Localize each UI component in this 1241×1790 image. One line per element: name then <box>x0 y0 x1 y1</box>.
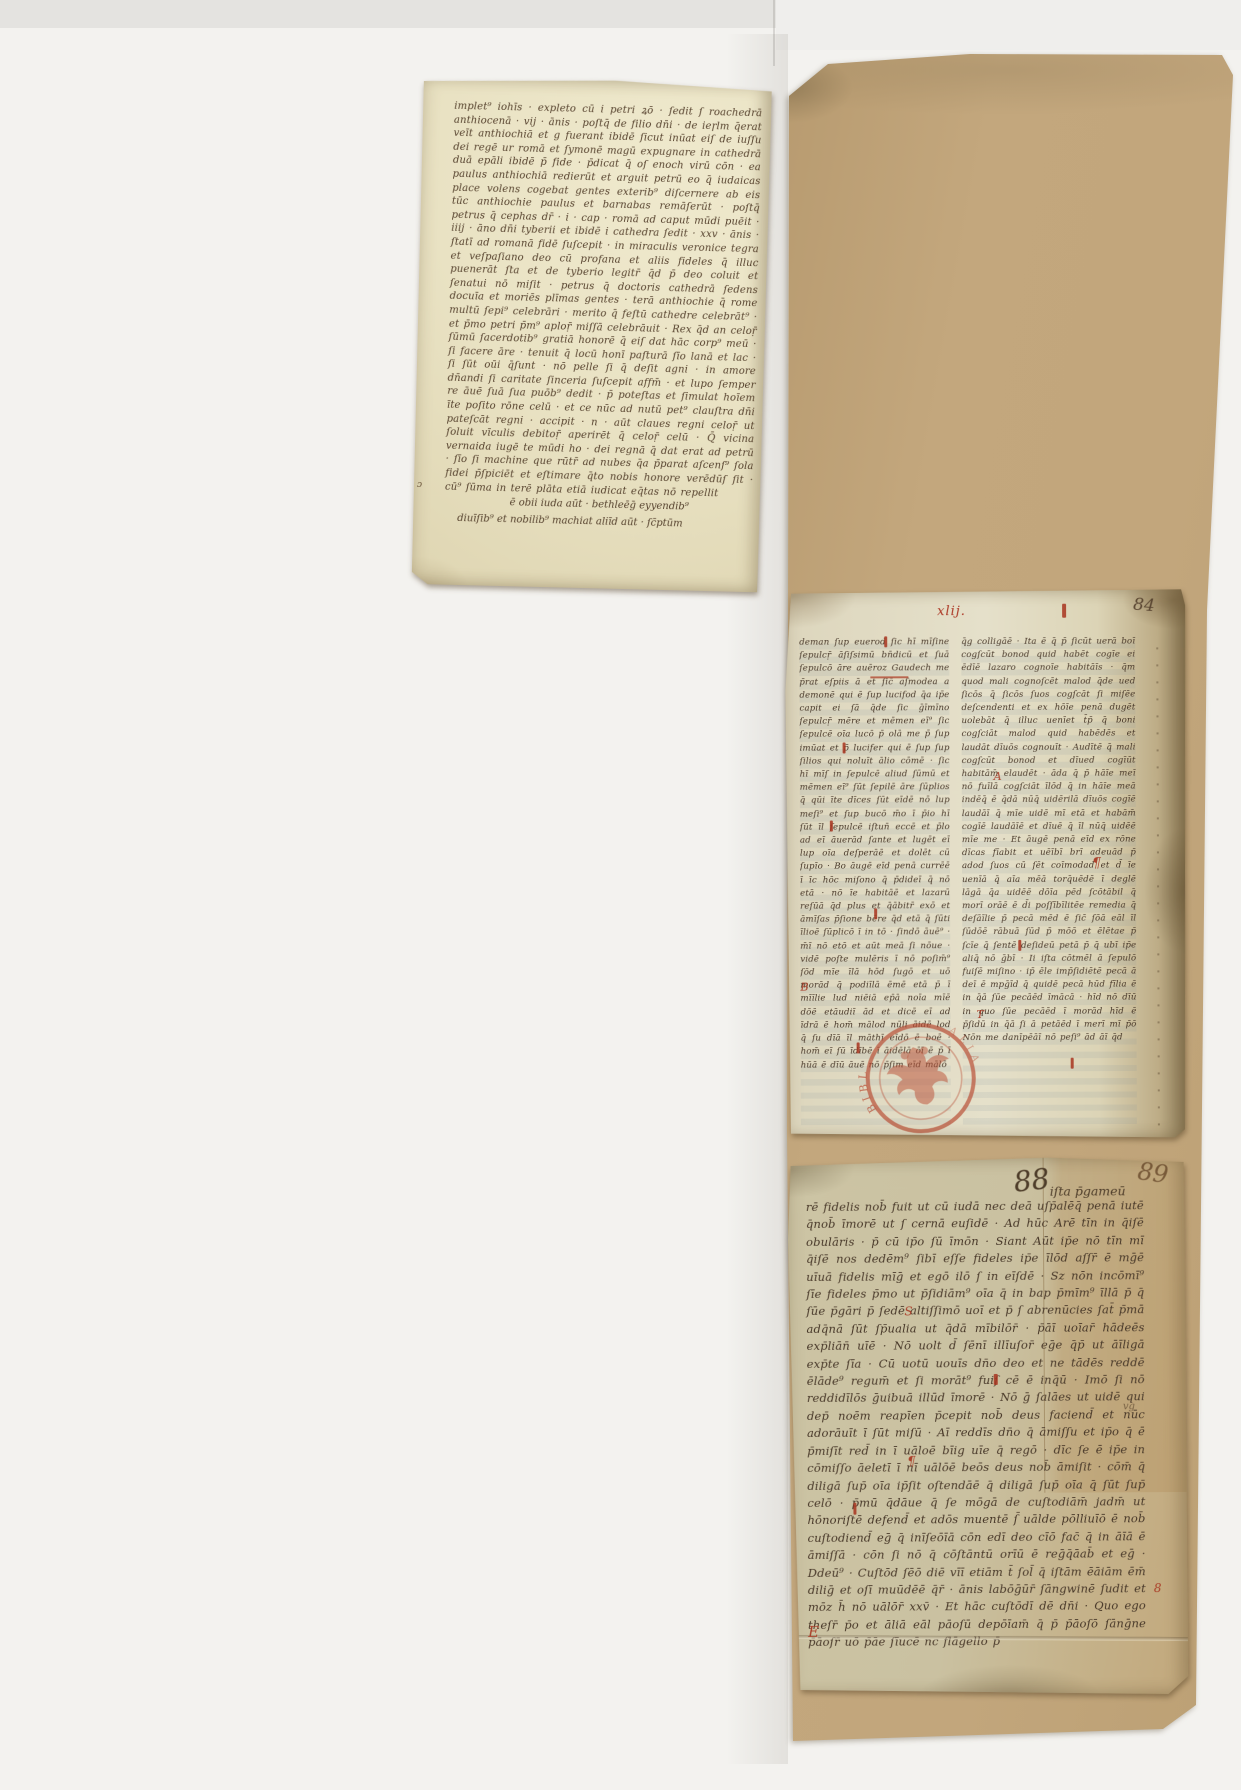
scanner-background-strip <box>0 0 776 28</box>
rubric-mark <box>1062 604 1066 618</box>
right-text-column: q̄g colligāē · Ita ē q̄ p̄ ſicūt uerā bo… <box>961 635 1137 1128</box>
manuscript-scan-page: { "palette": { "scan_background": "#f3f2… <box>0 0 1241 1790</box>
left-column-text: deman ſup euerod ſic hī mīſine ſepulcṝ ā… <box>799 636 951 1072</box>
chapter-number-rubric: xlij. <box>937 604 966 619</box>
bottom-fragment-parchment: 88 89 iſta p̄gameū rē fidelis nob̄ fuit … <box>788 1157 1189 1696</box>
folio-number-84: 84 <box>1132 595 1155 616</box>
top-fragment-text: implet⁹ iohīs · expleto cū i petri ꝝō · … <box>414 76 772 502</box>
top-fragment: implet⁹ iohīs · expleto cū i petri ꝝō · … <box>412 76 772 592</box>
top-fragment-margin-mark: ɔ <box>417 480 422 490</box>
bottom-fragment: 88 89 iſta p̄gameū rē fidelis nob̄ fuit … <box>788 1157 1189 1696</box>
top-fragment-parchment: implet⁹ iohīs · expleto cū i petri ꝝō · … <box>412 76 772 592</box>
bottom-fragment-text: rē fidelis nob̄ fuit ut cū iudā nec deā … <box>788 1157 1189 1696</box>
scanner-background-right <box>776 0 1241 50</box>
middle-fragment-parchment: xlij. 84 deman ſup euerod ſic hī mīſine … <box>785 589 1187 1138</box>
middle-fragment: xlij. 84 deman ſup euerod ſic hī mīſine … <box>785 589 1187 1138</box>
right-column-text: q̄g colligāē · Ita ē q̄ p̄ ſicūt uerā bo… <box>961 635 1136 1045</box>
prick-marks <box>1156 647 1160 1129</box>
